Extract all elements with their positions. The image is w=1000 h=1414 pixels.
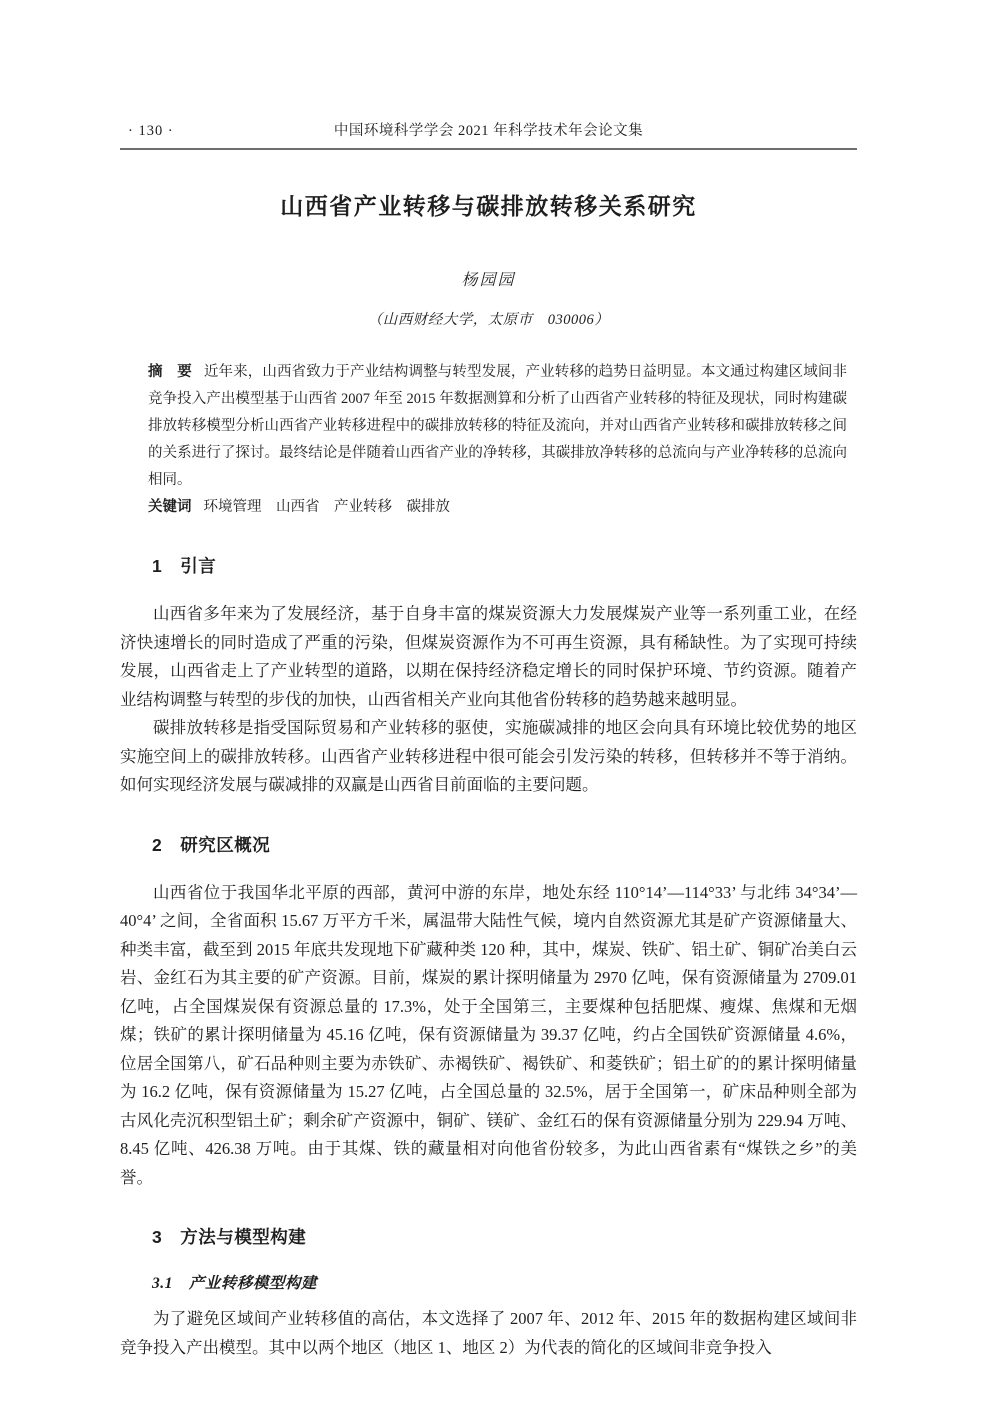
section-3-1-heading: 3.1 产业转移模型构建 [152, 1271, 857, 1293]
section-3-heading: 3 方法与模型构建 [152, 1224, 857, 1249]
section-3-paragraph-1: 为了避免区域间产业转移值的高估，本文选择了 2007 年、2012 年、2015… [120, 1305, 857, 1362]
paper-page: · 130 · 中国环境科学学会 2021 年科学技术年会论文集 山西省产业转移… [0, 0, 1000, 1414]
section-2-heading: 2 研究区概况 [152, 832, 857, 857]
section-2-paragraph-1: 山西省位于我国华北平原的西部，黄河中游的东岸，地处东经 110°14’—114°… [120, 879, 857, 1193]
keywords: 关键词环境管理 山西省 产业转移 碳排放 [148, 494, 847, 521]
author-name: 杨园园 [120, 267, 857, 290]
keywords-label: 关键词 [148, 499, 204, 515]
abstract: 摘 要近年来，山西省致力于产业结构调整与转型发展，产业转移的趋势日益明显。本文通… [148, 359, 847, 494]
section-1-paragraph-1: 山西省多年来为了发展经济，基于自身丰富的煤炭资源大力发展煤炭产业等一系列重工业，… [120, 600, 857, 714]
section-1-heading: 1 引言 [152, 553, 857, 578]
running-header: · 130 · 中国环境科学学会 2021 年科学技术年会论文集 [120, 120, 857, 142]
section-study-area: 2 研究区概况 山西省位于我国华北平原的西部，黄河中游的东岸，地处东经 110°… [120, 832, 857, 1193]
section-methods: 3 方法与模型构建 3.1 产业转移模型构建 为了避免区域间产业转移值的高估，本… [120, 1224, 857, 1362]
author-affiliation: （山西财经大学，太原市 030006） [120, 308, 857, 329]
abstract-text: 近年来，山西省致力于产业结构调整与转型发展，产业转移的趋势日益明显。本文通过构建… [148, 364, 847, 488]
header-rule [120, 148, 857, 150]
abstract-label: 摘 要 [148, 364, 204, 380]
page-number: · 130 · [128, 120, 174, 142]
paper-title: 山西省产业转移与碳排放转移关系研究 [120, 188, 857, 221]
section-introduction: 1 引言 山西省多年来为了发展经济，基于自身丰富的煤炭资源大力发展煤炭产业等一系… [120, 553, 857, 800]
section-1-paragraph-2: 碳排放转移是指受国际贸易和产业转移的驱使，实施碳减排的地区会向具有环境比较优势的… [120, 714, 857, 800]
proceedings-title: 中国环境科学学会 2021 年科学技术年会论文集 [120, 120, 857, 142]
keywords-text: 环境管理 山西省 产业转移 碳排放 [204, 499, 451, 515]
